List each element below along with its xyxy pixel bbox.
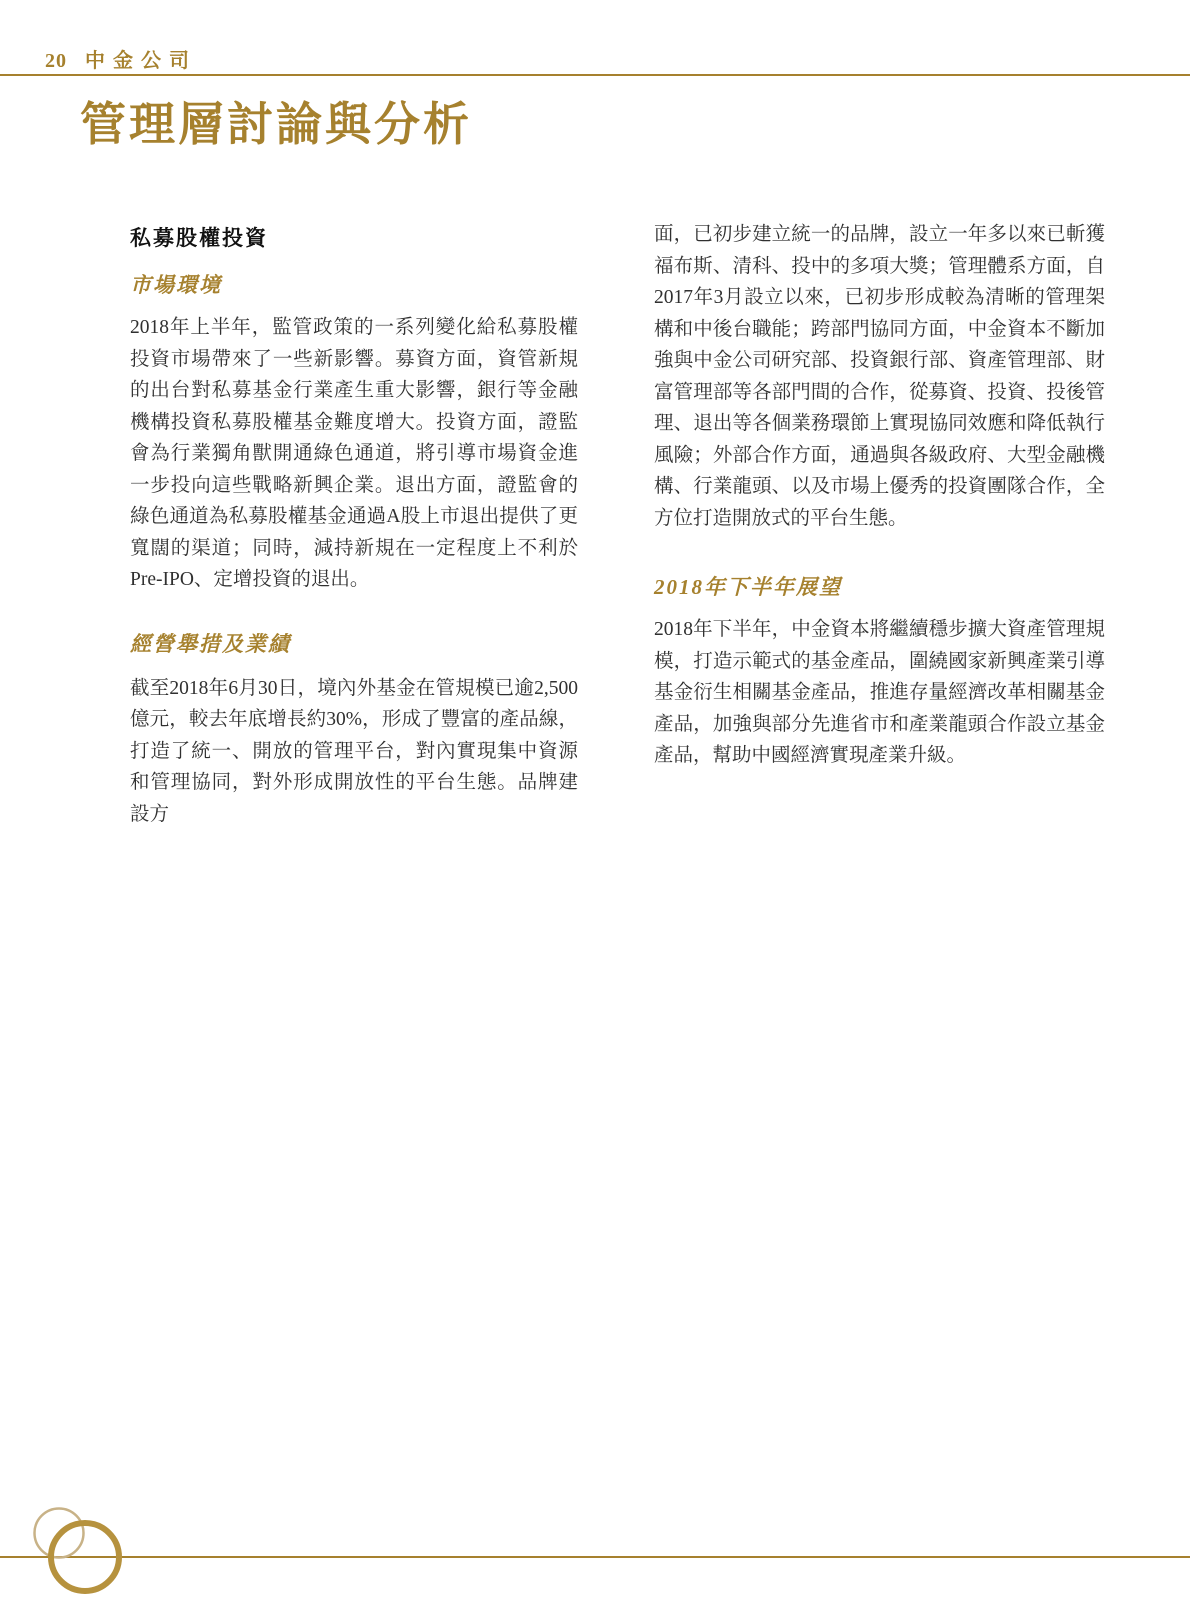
paragraph-outlook-2h2018: 2018年下半年，中金資本將繼續穩步擴大資產管理規模，打造示範式的基金產品，圍繞… <box>654 614 1105 772</box>
footer-rule <box>0 1556 1190 1558</box>
content-columns: 私募股權投資 市場環境 2018年上半年，監管政策的一系列變化給私募股權投資市場… <box>130 219 1105 830</box>
paragraph-operations-continued: 面，已初步建立統一的品牌，設立一年多以來已斬獲福布斯、清科、投中的多項大獎；管理… <box>654 219 1105 534</box>
header-rule <box>0 74 1190 76</box>
subheading-operations-results: 經營舉措及業績 <box>130 630 578 658</box>
company-name: 中金公司 <box>85 50 197 72</box>
report-page: 20中金公司 管理層討論與分析 私募股權投資 市場環境 2018年上半年，監管政… <box>0 0 1190 1615</box>
paragraph-market-environment: 2018年上半年，監管政策的一系列變化給私募股權投資市場帶來了一些新影響。募資方… <box>130 312 578 596</box>
subheading-market-environment: 市場環境 <box>130 271 578 299</box>
left-column: 私募股權投資 市場環境 2018年上半年，監管政策的一系列變化給私募股權投資市場… <box>130 219 578 830</box>
decorative-circles <box>0 1495 140 1615</box>
subheading-outlook-2h2018: 2018年下半年展望 <box>654 573 1105 601</box>
paragraph-operations-results: 截至2018年6月30日，境內外基金在管規模已逾2,500億元，較去年底增長約3… <box>130 673 578 831</box>
page-number: 20 <box>45 50 67 72</box>
page-title: 管理層討論與分析 <box>80 94 472 156</box>
right-column: 面，已初步建立統一的品牌，設立一年多以來已斬獲福布斯、清科、投中的多項大獎；管理… <box>654 219 1105 772</box>
section-heading-private-equity: 私募股權投資 <box>130 223 578 253</box>
page-header: 20中金公司 <box>45 44 197 73</box>
